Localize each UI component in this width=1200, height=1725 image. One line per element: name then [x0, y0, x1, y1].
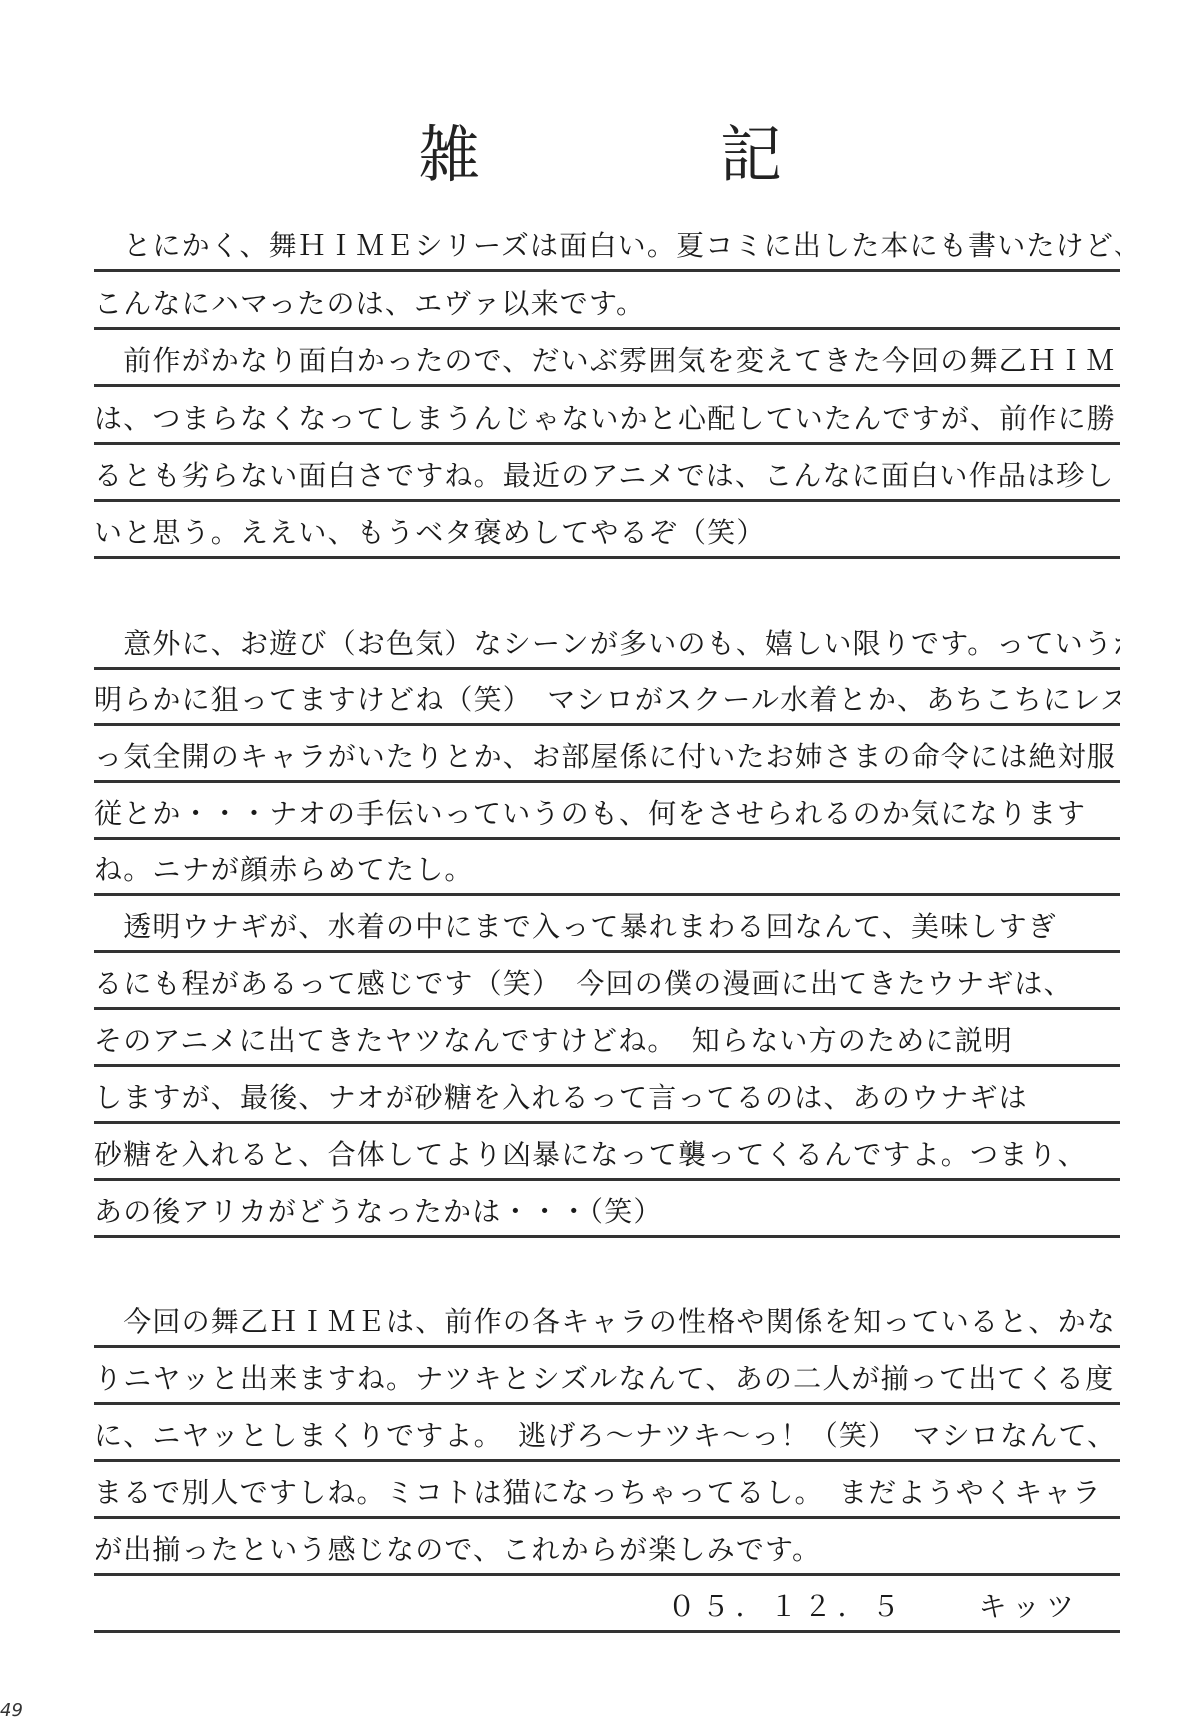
line-text: は、つまらなくなってしまうんじゃないかと心配していたんですが、前作に勝: [94, 405, 1120, 433]
line-text: 従とか・・・ナオの手伝いっていうのも、何をさせられるのか気になります: [94, 800, 1120, 828]
line-text: こんなにハマったのは、エヴァ以来です。: [94, 290, 1120, 318]
signature-author: キッツ: [979, 1590, 1080, 1623]
page-title: 雑 記: [0, 105, 1200, 194]
text-line: あの後アリカがどうなったかは・・・（笑）: [94, 1184, 1120, 1238]
line-text: いと思う。ええい、もうベタ褒めしてやるぞ（笑）: [94, 519, 1120, 547]
line-text: 明らかに狙ってますけどね（笑） マシロがスクール水着とか、あちこちにレズ: [94, 686, 1120, 714]
line-text: 透明ウナギが、水着の中にまで入って暴れまわる回なんて、美味しすぎ: [94, 913, 1120, 941]
line-text: 前作がかなり面白かったので、だいぶ雰囲気を変えてきた今回の舞乙ＨＩＭＥ: [94, 347, 1120, 375]
line-text: ね。ニナが顔赤らめてたし。: [94, 856, 1120, 884]
text-line: しますが、最後、ナオが砂糖を入れるって言ってるのは、あのウナギは: [94, 1070, 1120, 1124]
line-text: りニヤッと出来ますね。ナツキとシズルなんて、あの二人が揃って出てくる度: [94, 1365, 1120, 1393]
signature-date: ０５．１２．５: [668, 1590, 906, 1623]
text-line: とにかく、舞ＨＩＭＥシリーズは面白い。夏コミに出した本にも書いたけど、: [94, 218, 1120, 272]
page-number: 49: [0, 1700, 23, 1721]
text-line: いと思う。ええい、もうベタ褒めしてやるぞ（笑）: [94, 505, 1120, 559]
text-line: るにも程があるって感じです（笑） 今回の僕の漫画に出てきたウナギは、: [94, 956, 1120, 1010]
text-line: に、ニヤッとしまくりですよ。 逃げろ～ナツキ～っ！（笑） マシロなんて、: [94, 1408, 1120, 1462]
text-line: 砂糖を入れると、合体してより凶暴になって襲ってくるんですよ。つまり、: [94, 1127, 1120, 1181]
line-text: が出揃ったという感じなので、これからが楽しみです。: [94, 1536, 1120, 1564]
text-line: っ気全開のキャラがいたりとか、お部屋係に付いたお姉さまの命令には絶対服: [94, 729, 1120, 783]
text-line: りニヤッと出来ますね。ナツキとシズルなんて、あの二人が揃って出てくる度: [94, 1351, 1120, 1405]
text-line: が出揃ったという感じなので、これからが楽しみです。: [94, 1522, 1120, 1576]
text-line: 前作がかなり面白かったので、だいぶ雰囲気を変えてきた今回の舞乙ＨＩＭＥ: [94, 333, 1120, 387]
text-line: そのアニメに出てきたヤツなんですけどね。 知らない方のために説明: [94, 1013, 1120, 1067]
signature-line: ０５．１２．５ キッツ: [94, 1579, 1120, 1633]
line-text: 今回の舞乙ＨＩＭＥは、前作の各キャラの性格や関係を知っていると、かな: [94, 1308, 1120, 1336]
line-text: あの後アリカがどうなったかは・・・（笑）: [94, 1198, 1120, 1226]
text-line: 明らかに狙ってますけどね（笑） マシロがスクール水着とか、あちこちにレズ: [94, 672, 1120, 726]
text-line: るとも劣らない面白さですね。最近のアニメでは、こんなに面白い作品は珍し: [94, 448, 1120, 502]
line-text: に、ニヤッとしまくりですよ。 逃げろ～ナツキ～っ！（笑） マシロなんて、: [94, 1422, 1120, 1450]
text-line: まるで別人ですしね。ミコトは猫になっちゃってるし。 まだようやくキャラ: [94, 1465, 1120, 1519]
text-line: ね。ニナが顔赤らめてたし。: [94, 842, 1120, 896]
line-text: 砂糖を入れると、合体してより凶暴になって襲ってくるんですよ。つまり、: [94, 1141, 1120, 1169]
line-text: るとも劣らない面白さですね。最近のアニメでは、こんなに面白い作品は珍し: [94, 462, 1120, 490]
text-line: 意外に、お遊び（お色気）なシーンが多いのも、嬉しい限りです。っていうか、: [94, 616, 1120, 670]
text-line: 従とか・・・ナオの手伝いっていうのも、何をさせられるのか気になります: [94, 786, 1120, 840]
line-text: っ気全開のキャラがいたりとか、お部屋係に付いたお姉さまの命令には絶対服: [94, 743, 1120, 771]
line-text: るにも程があるって感じです（笑） 今回の僕の漫画に出てきたウナギは、: [94, 970, 1120, 998]
line-text: 意外に、お遊び（お色気）なシーンが多いのも、嬉しい限りです。っていうか、: [94, 630, 1120, 658]
text-line: こんなにハマったのは、エヴァ以来です。: [94, 276, 1120, 330]
line-text: そのアニメに出てきたヤツなんですけどね。 知らない方のために説明: [94, 1027, 1120, 1055]
text-line: は、つまらなくなってしまうんじゃないかと心配していたんですが、前作に勝: [94, 391, 1120, 445]
line-text: まるで別人ですしね。ミコトは猫になっちゃってるし。 まだようやくキャラ: [94, 1479, 1120, 1507]
line-text: しますが、最後、ナオが砂糖を入れるって言ってるのは、あのウナギは: [94, 1084, 1120, 1112]
line-text: とにかく、舞ＨＩＭＥシリーズは面白い。夏コミに出した本にも書いたけど、: [94, 232, 1120, 260]
text-line: 今回の舞乙ＨＩＭＥは、前作の各キャラの性格や関係を知っていると、かな: [94, 1294, 1120, 1348]
text-line: 透明ウナギが、水着の中にまで入って暴れまわる回なんて、美味しすぎ: [94, 899, 1120, 953]
